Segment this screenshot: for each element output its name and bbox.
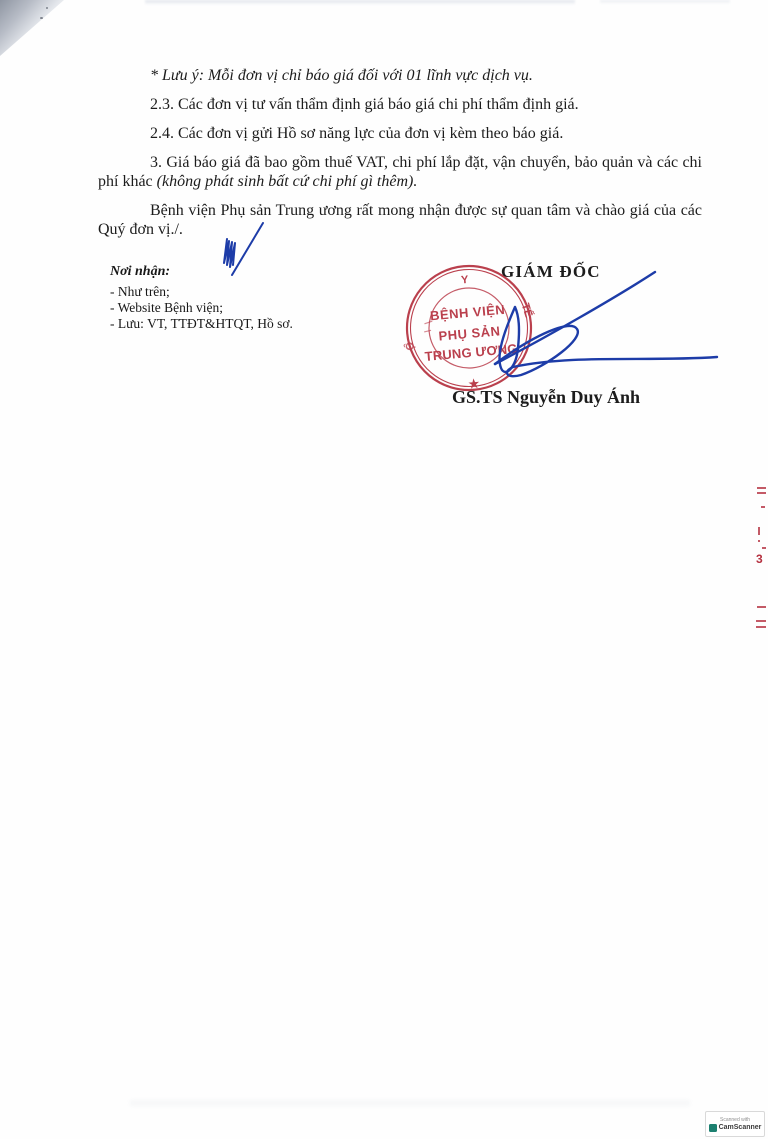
scan-smudge xyxy=(600,0,730,4)
list-item-3: 3. Giá báo giá đã bao gồm thuế VAT, chi … xyxy=(98,153,702,191)
note-line: * Lưu ý: Mỗi đơn vị chỉ báo giá đối với … xyxy=(98,66,702,85)
director-signature-ink xyxy=(395,250,730,420)
recipient-item: - Lưu: VT, TTĐT&HTQT, Hồ sơ. xyxy=(110,316,340,332)
recipient-item: - Website Bệnh viện; xyxy=(110,300,340,316)
scan-streak xyxy=(130,1100,690,1106)
camscanner-watermark: Scanned with CamScanner xyxy=(705,1111,765,1137)
list-item-2-4: 2.4. Các đơn vị gửi Hồ sơ năng lực của đ… xyxy=(98,124,702,143)
closing-line: Bệnh viện Phụ sản Trung ương rất mong nh… xyxy=(98,201,702,239)
edge-red-marks: 3 xyxy=(752,482,768,634)
list-item-3-italic: (không phát sinh bất cứ chi phí gì thêm)… xyxy=(157,173,418,190)
camscanner-watermark-line2: CamScanner xyxy=(719,1124,762,1132)
document-body: * Lưu ý: Mỗi đơn vị chỉ báo giá đối với … xyxy=(98,66,702,249)
camscanner-watermark-line1: Scanned with xyxy=(720,1117,750,1123)
edge-red-glyph: 3 xyxy=(756,552,763,566)
scan-smudge xyxy=(145,0,575,5)
recipient-item: - Như trên; xyxy=(110,284,340,300)
scan-speck xyxy=(40,17,43,19)
camscanner-logo-icon xyxy=(709,1124,717,1132)
initial-paraph-ink xyxy=(215,215,270,283)
camscanner-watermark-row: CamScanner xyxy=(709,1124,762,1132)
page-corner-fold xyxy=(0,0,64,56)
scanned-document-page: * Lưu ý: Mỗi đơn vị chỉ báo giá đối với … xyxy=(0,0,768,1139)
list-item-2-3: 2.3. Các đơn vị tư vấn thẩm định giá báo… xyxy=(98,95,702,114)
scan-speck xyxy=(46,7,48,9)
